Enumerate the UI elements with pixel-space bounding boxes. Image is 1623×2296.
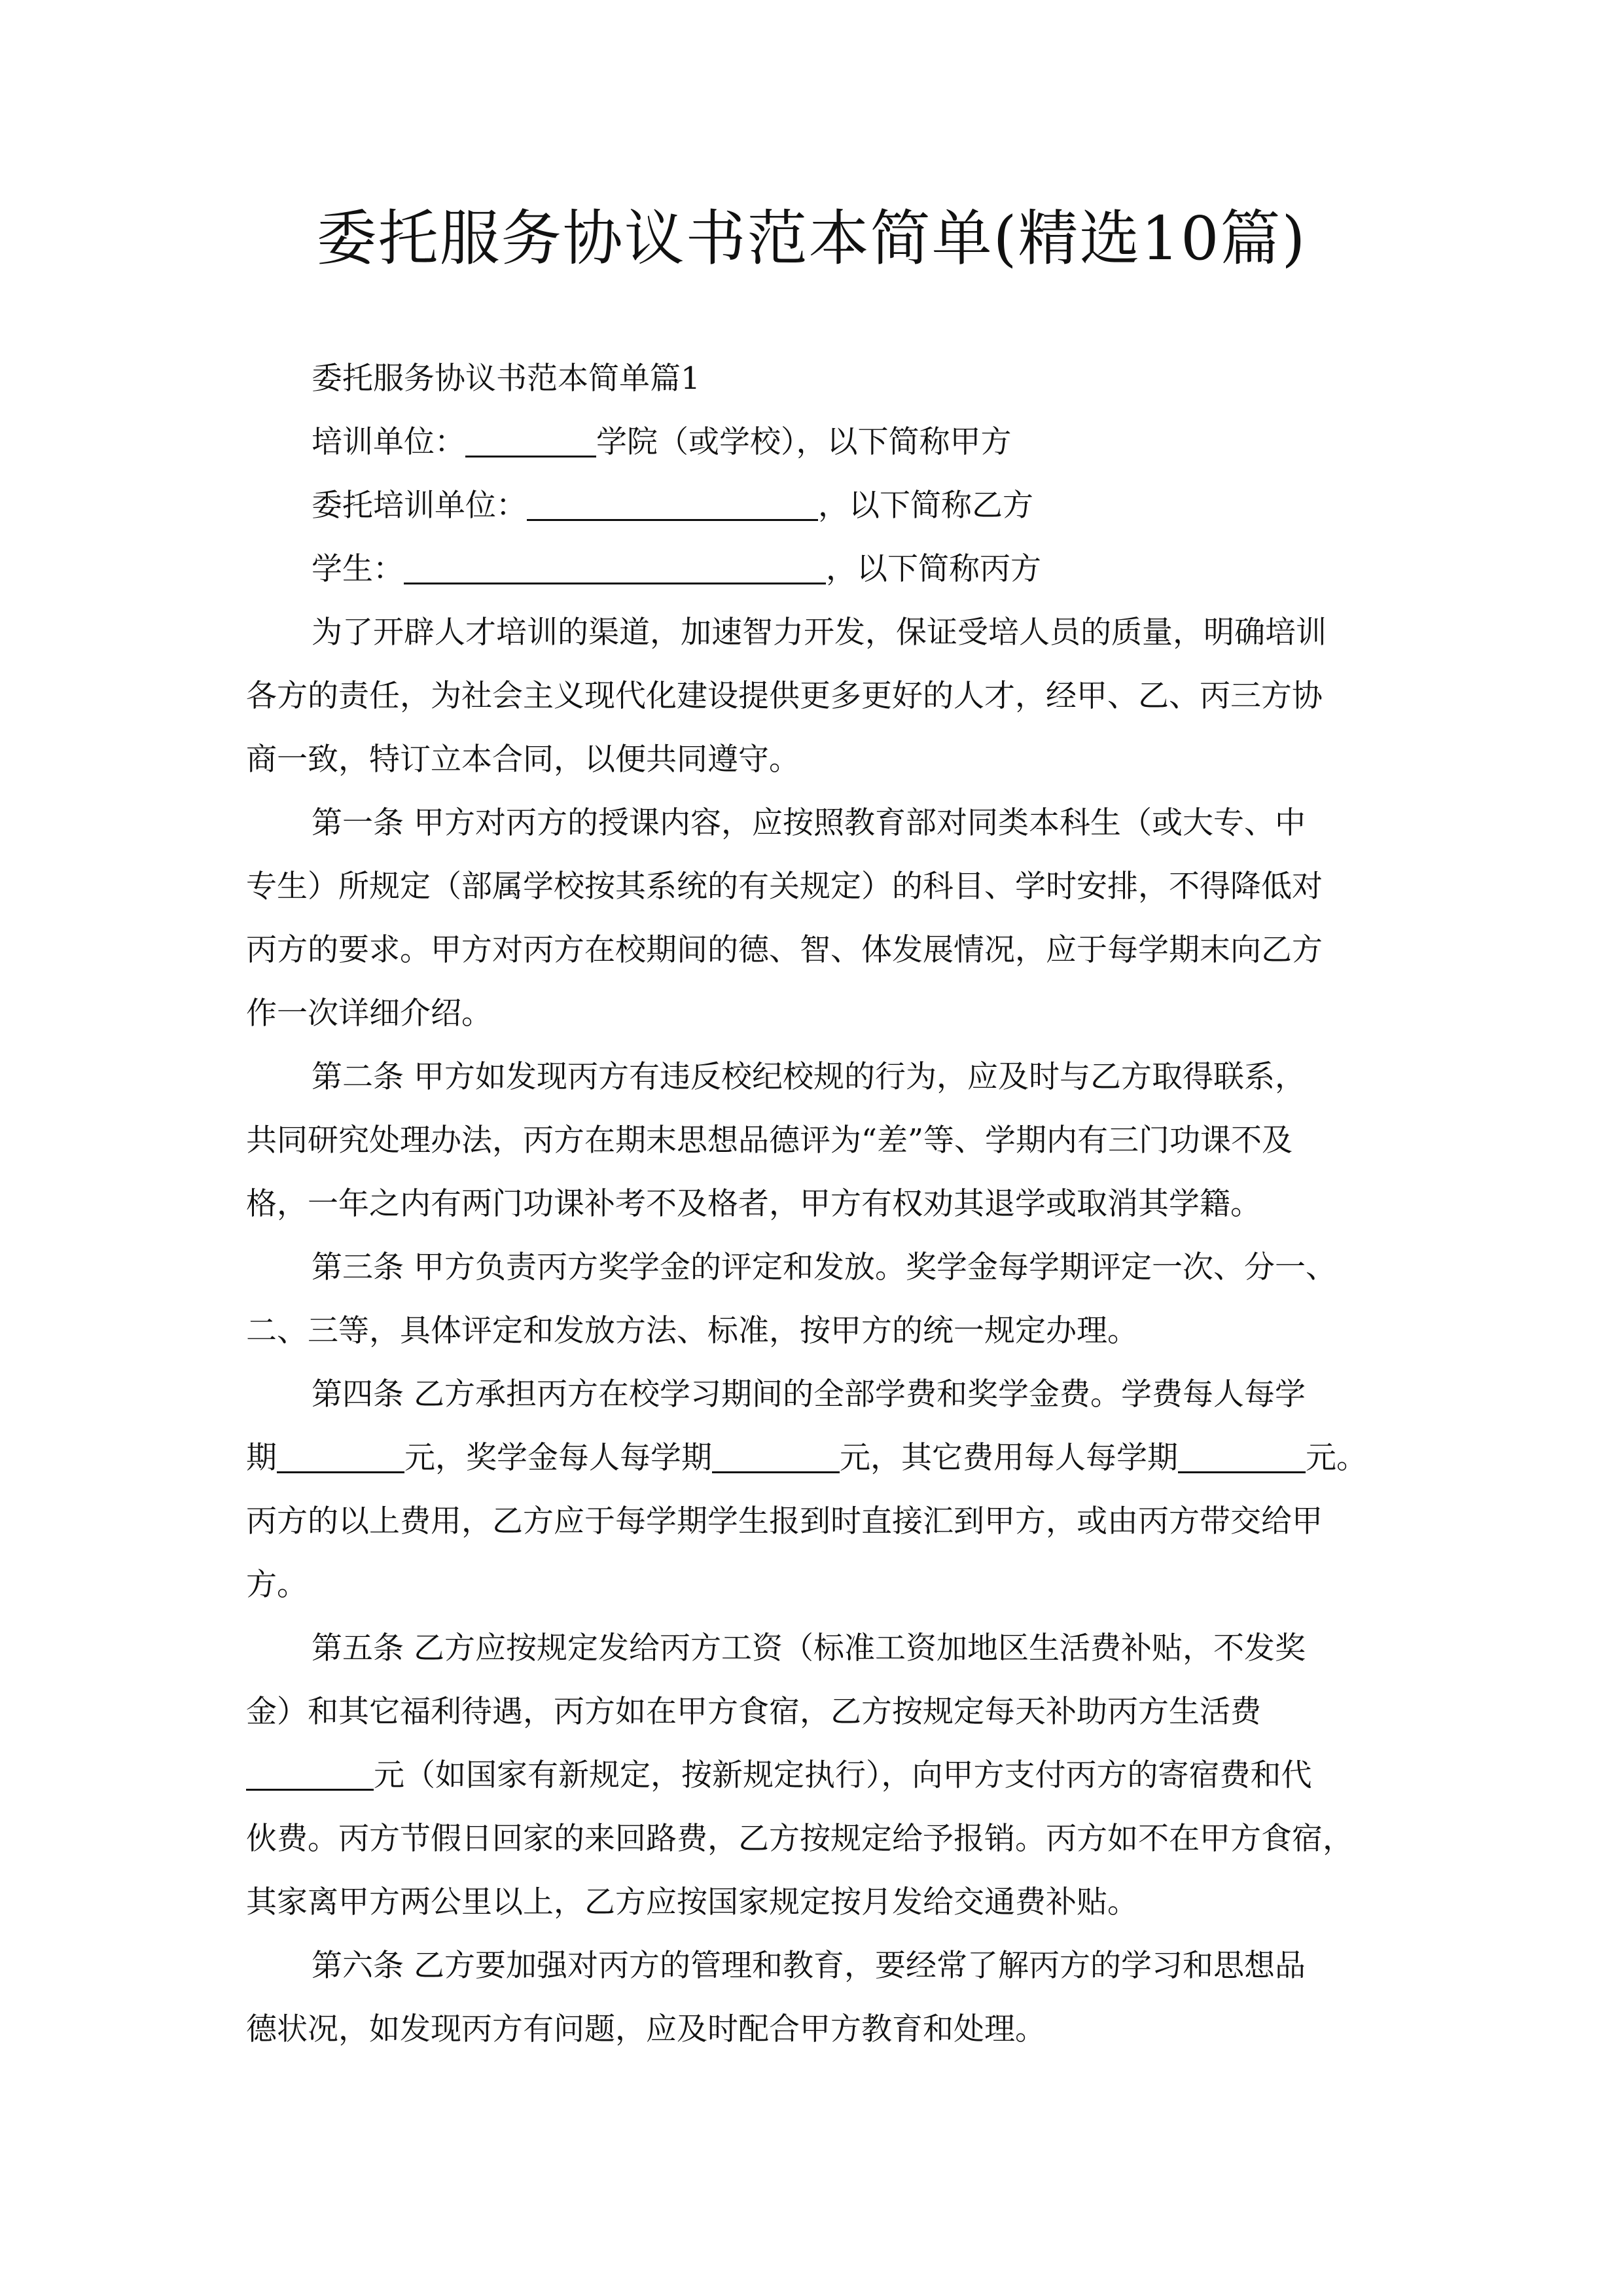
party-jia-blank[interactable] — [465, 422, 596, 457]
preamble-line: 为了开辟人才培训的渠道，加速智力开发，保证受培人员的质量，明确培训 — [246, 601, 1385, 664]
article-2-line: 共同研究处理办法，丙方在期末思想品德评为“差”等、学期内有三门功课不及 — [246, 1109, 1385, 1172]
party-bing-label: 学生： — [312, 551, 404, 587]
article-4-text: 元。 — [1306, 1440, 1367, 1476]
article-5-text: 元（如国家有新规定，按新规定执行），向甲方支付丙方的寄宿费和代 — [374, 1757, 1312, 1793]
article-4-line: 第四条 乙方承担丙方在校学习期间的全部学费和奖学金费。学费每人每学 — [246, 1363, 1385, 1426]
article-5-line: 第五条 乙方应按规定发给丙方工资（标准工资加地区生活费补贴，不发奖 — [246, 1617, 1385, 1680]
article-1-line: 专生）所规定（部属学校按其系统的有关规定）的科目、学时安排，不得降低对 — [246, 855, 1385, 918]
party-yi-suffix: ，以下简称乙方 — [818, 488, 1033, 524]
party-bing-blank[interactable] — [404, 548, 826, 584]
other-fees-blank[interactable] — [1178, 1437, 1306, 1473]
article-6-line: 德状况，如发现丙方有问题，应及时配合甲方教育和处理。 — [246, 1998, 1385, 2061]
article-4-text: 元，奖学金每人每学期 — [404, 1440, 712, 1476]
section-heading: 委托服务协议书范本简单篇1 — [246, 347, 1385, 410]
article-1-line: 第一条 甲方对丙方的授课内容，应按照教育部对同类本科生（或大专、中 — [246, 791, 1385, 855]
tuition-blank[interactable] — [277, 1437, 404, 1473]
article-2-line: 格，一年之内有两门功课补考不及格者，甲方有权劝其退学或取消其学籍。 — [246, 1172, 1385, 1236]
article-1-line: 丙方的要求。甲方对丙方在校期间的德、智、体发展情况，应于每学期末向乙方 — [246, 918, 1385, 982]
article-4-text: 期 — [246, 1440, 277, 1476]
article-3-line: 第三条 甲方负责丙方奖学金的评定和发放。奖学金每学期评定一次、分一、 — [246, 1236, 1385, 1299]
party-yi-label: 委托培训单位： — [312, 488, 527, 524]
article-2-line: 第二条 甲方如发现丙方有违反校纪校规的行为，应及时与乙方取得联系， — [246, 1045, 1385, 1109]
living-allowance-blank[interactable] — [246, 1755, 374, 1791]
article-5-allowance-line: 元（如国家有新规定，按新规定执行），向甲方支付丙方的寄宿费和代 — [246, 1744, 1385, 1807]
article-5-line: 其家离甲方两公里以上，乙方应按国家规定按月发给交通费补贴。 — [246, 1871, 1385, 1934]
party-jia-line: 培训单位：学院（或学校），以下简称甲方 — [246, 410, 1385, 474]
preamble-line: 各方的责任，为社会主义现代化建设提供更多更好的人才，经甲、乙、丙三方协 — [246, 664, 1385, 728]
party-bing-suffix: ，以下简称丙方 — [826, 551, 1041, 587]
document-title: 委托服务协议书范本简单(精选10篇) — [0, 196, 1623, 281]
party-bing-line: 学生：，以下简称丙方 — [246, 537, 1385, 601]
article-4-text: 元，其它费用每人每学期 — [840, 1440, 1178, 1476]
document-page: 委托服务协议书范本简单(精选10篇) 委托服务协议书范本简单篇1 培训单位：学院… — [0, 0, 1623, 2296]
party-yi-blank[interactable] — [527, 485, 818, 521]
article-5-line: 金）和其它福利待遇，丙方如在甲方食宿，乙方按规定每天补助丙方生活费 — [246, 1680, 1385, 1744]
article-4-line: 方。 — [246, 1553, 1385, 1617]
party-yi-line: 委托培训单位：，以下简称乙方 — [246, 474, 1385, 537]
article-4-fees-line: 期元，奖学金每人每学期元，其它费用每人每学期元。 — [246, 1426, 1385, 1490]
article-4-line: 丙方的以上费用，乙方应于每学期学生报到时直接汇到甲方，或由丙方带交给甲 — [246, 1490, 1385, 1553]
party-jia-label: 培训单位： — [312, 424, 465, 460]
preamble-line: 商一致，特订立本合同，以便共同遵守。 — [246, 728, 1385, 791]
party-jia-suffix: 学院（或学校），以下简称甲方 — [596, 424, 1012, 460]
article-6-line: 第六条 乙方要加强对丙方的管理和教育，要经常了解丙方的学习和思想品 — [246, 1934, 1385, 1998]
article-3-line: 二、三等，具体评定和发放方法、标准，按甲方的统一规定办理。 — [246, 1299, 1385, 1363]
scholarship-blank[interactable] — [712, 1437, 840, 1473]
document-body: 委托服务协议书范本简单篇1 培训单位：学院（或学校），以下简称甲方 委托培训单位… — [246, 347, 1385, 2061]
article-5-line: 伙费。丙方节假日回家的来回路费，乙方按规定给予报销。丙方如不在甲方食宿， — [246, 1807, 1385, 1871]
article-1-line: 作一次详细介绍。 — [246, 982, 1385, 1045]
